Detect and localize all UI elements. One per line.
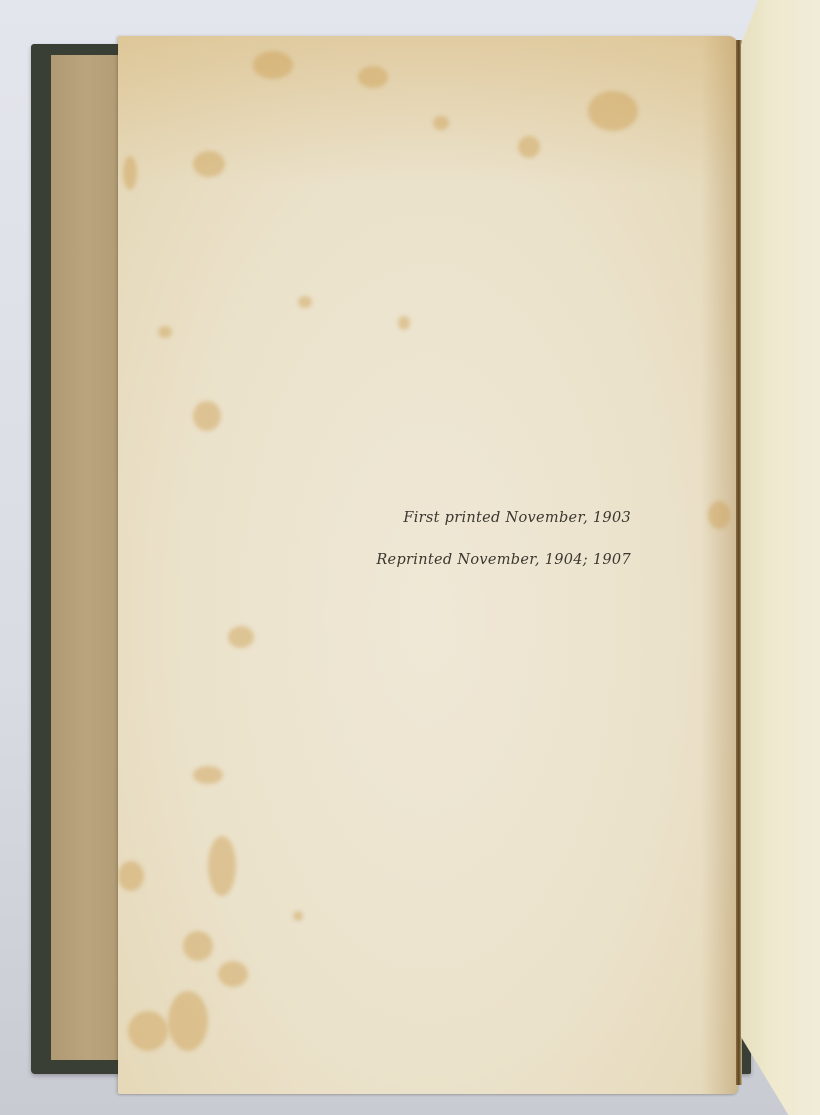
foxing-spot (128, 1011, 168, 1051)
foxing-spot (193, 401, 221, 431)
book-page: First printed November, 1903 Reprinted N… (118, 36, 738, 1094)
foxing-spot (208, 836, 236, 896)
foxing-spot (123, 156, 137, 190)
foxing-spot (293, 911, 303, 921)
foxing-spot (708, 501, 730, 529)
foxing-spot (253, 51, 293, 79)
imprint-first-printed: First printed November, 1903 (118, 510, 631, 526)
foxing-spot (183, 931, 213, 961)
foxing-spot (398, 316, 410, 330)
foxing-spot (588, 91, 638, 131)
facing-pages (741, 0, 820, 1115)
foxing-spot (193, 766, 223, 784)
foxing-spot (118, 861, 144, 891)
foxing-spot (228, 626, 254, 648)
foxing-spot (168, 991, 208, 1051)
foxing-spot (518, 136, 540, 158)
foxing-spot (433, 116, 449, 130)
foxing-spot (193, 151, 225, 177)
foxing-spot (358, 66, 388, 88)
imprint-reprinted: Reprinted November, 1904; 1907 (118, 552, 631, 568)
foxing-spot (298, 296, 312, 308)
foxing-spot (158, 326, 172, 338)
foxing-spot (218, 961, 248, 987)
